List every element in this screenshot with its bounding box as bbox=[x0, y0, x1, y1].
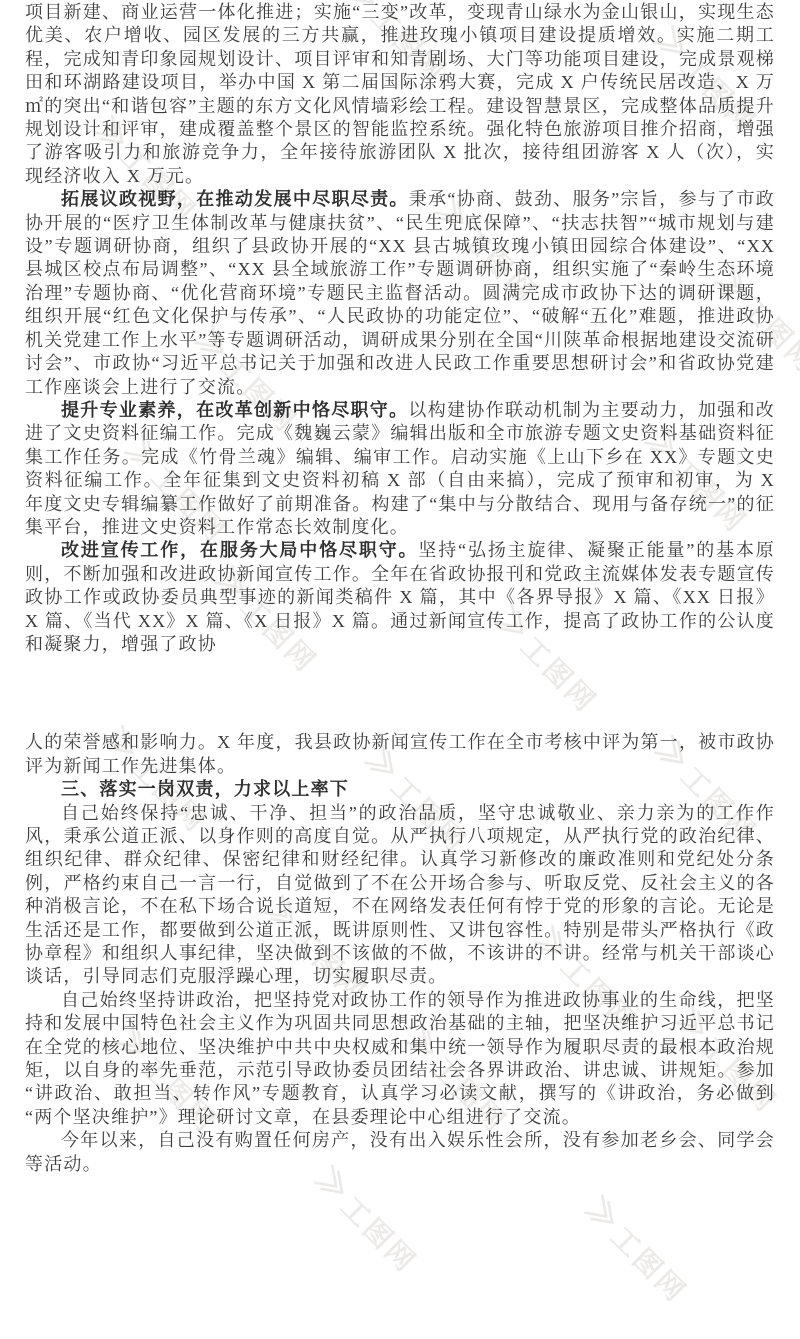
watermark: ≫工图网 bbox=[305, 1159, 427, 1281]
paragraph: 今年以来，自己没有购置任何房产，没有出入娱乐性会所，没有参加老乡会、同学会等活动… bbox=[25, 1129, 775, 1176]
paragraph-lead: 拓展议政视野，在推动发展中尽职尽责。 bbox=[61, 189, 409, 209]
watermark: ≫工图网 bbox=[575, 1189, 697, 1311]
watermark-text: 工图网 bbox=[603, 1217, 697, 1311]
paragraph: 提升专业素养，在改革创新中恪尽职守。以构建协作联动机制为主要动力，加强和改进了文… bbox=[25, 399, 775, 539]
gongtu-chevron-icon: ≫ bbox=[577, 1191, 625, 1239]
page-break-gap bbox=[25, 656, 775, 731]
paragraph-continuation: 项目新建、商业运营一体化推进；实施“三变”改革，变现青山绿水为金山银山，实现生态… bbox=[25, 1, 775, 188]
paragraph-text: 自己始终坚持讲政治，把坚持党对政协工作的领导作为推进政协事业的生命线，把坚持和发… bbox=[25, 990, 775, 1127]
paragraph-text: 自己始终保持“忠诚、干净、担当”的政治品质，坚守忠诚敬业、亲力亲为的工作作风，秉… bbox=[25, 803, 775, 987]
paragraph-text: 今年以来，自己没有购置任何房产，没有出入娱乐性会所，没有参加老乡会、同学会等活动… bbox=[25, 1130, 775, 1173]
paragraph-text: 秉承“协商、鼓劲、服务”宗旨，参与了市政协开展的“医疗卫生体制改革与健康扶贫”、… bbox=[25, 189, 775, 396]
paragraph: 自己始终坚持讲政治，把坚持党对政协工作的领导作为推进政协事业的生命线，把坚持和发… bbox=[25, 989, 775, 1129]
section-heading: 三、落实一岗双责，力求以上率下 bbox=[25, 778, 775, 801]
paragraph-lead: 提升专业素养，在改革创新中恪尽职守。 bbox=[61, 400, 408, 420]
paragraph-text: 人的荣誉感和影响力。X 年度，我县政协新闻宣传工作在全市考核中评为第一，被市政协… bbox=[25, 732, 775, 775]
paragraph-lead: 改进宣传工作，在服务大局中恪尽职守。 bbox=[61, 540, 418, 560]
document-page: ≫工图网 ≫工图网 ≫工图网 ≫工图网 ≫工图网 ≫工图网 ≫工图网 ≫工图网 … bbox=[0, 0, 800, 1339]
paragraph: 改进宣传工作，在服务大局中恪尽职守。坚持“弘扬主旋律、凝聚正能量”的基本原则，不… bbox=[25, 539, 775, 656]
paragraph-continuation: 人的荣誉感和影响力。X 年度，我县政协新闻宣传工作在全市考核中评为第一，被市政协… bbox=[25, 731, 775, 778]
paragraph: 拓展议政视野，在推动发展中尽职尽责。秉承“协商、鼓劲、服务”宗旨，参与了市政协开… bbox=[25, 188, 775, 399]
paragraph-text: 以构建协作联动机制为主要动力，加强和改进了文史资料征编工作。完成《魏巍云蒙》编辑… bbox=[25, 400, 775, 537]
paragraph-text: 项目新建、商业运营一体化推进；实施“三变”改革，变现青山绿水为金山银山，实现生态… bbox=[25, 2, 775, 186]
watermark-text: 工图网 bbox=[333, 1187, 427, 1281]
paragraph: 自己始终保持“忠诚、干净、担当”的政治品质，坚守忠诚敬业、亲力亲为的工作作风，秉… bbox=[25, 802, 775, 989]
document-text: 项目新建、商业运营一体化推进；实施“三变”改革，变现青山绿水为金山银山，实现生态… bbox=[0, 0, 800, 1176]
